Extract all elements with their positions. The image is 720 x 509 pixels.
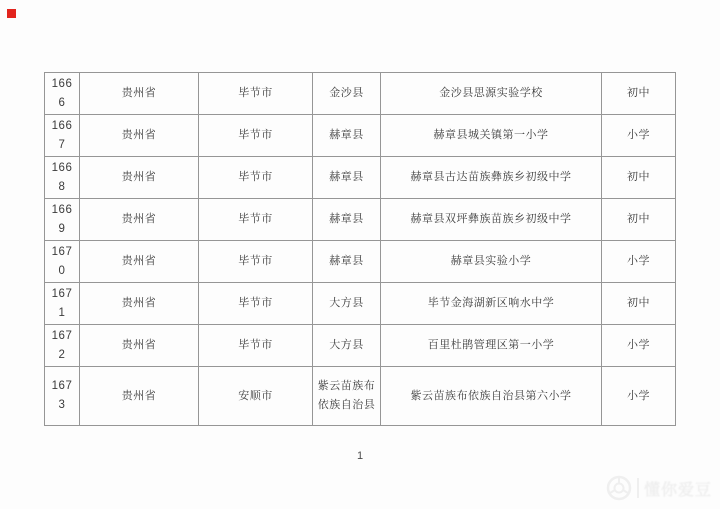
- cell-city: 安顺市: [199, 367, 313, 426]
- cell-county: 金沙县: [313, 73, 381, 115]
- page-number: 1: [0, 450, 720, 462]
- cell-province: 贵州省: [80, 199, 199, 241]
- school-list-table: 1666 贵州省 毕节市 金沙县 金沙县思源实验学校 初中 1667 贵州省 毕…: [44, 72, 676, 426]
- cell-level: 初中: [602, 283, 676, 325]
- cell-county: 赫章县: [313, 157, 381, 199]
- cell-school: 赫章县实验小学: [381, 241, 602, 283]
- cell-index: 1670: [45, 241, 80, 283]
- cell-school: 赫章县双坪彝族苗族乡初级中学: [381, 199, 602, 241]
- cell-city: 毕节市: [199, 199, 313, 241]
- cell-county: 赫章县: [313, 241, 381, 283]
- cell-school: 紫云苗族布依族自治县第六小学: [381, 367, 602, 426]
- table-row: 1668 贵州省 毕节市 赫章县 赫章县古达苗族彝族乡初级中学 初中: [45, 157, 676, 199]
- cell-city: 毕节市: [199, 283, 313, 325]
- watermark: 懂你爱豆: [606, 475, 712, 501]
- cell-school: 毕节金海湖新区响水中学: [381, 283, 602, 325]
- cell-level: 小学: [602, 367, 676, 426]
- cell-province: 贵州省: [80, 157, 199, 199]
- cell-index: 1671: [45, 283, 80, 325]
- cell-province: 贵州省: [80, 283, 199, 325]
- cell-school: 金沙县思源实验学校: [381, 73, 602, 115]
- cell-index: 1668: [45, 157, 80, 199]
- cell-province: 贵州省: [80, 115, 199, 157]
- cell-level: 小学: [602, 241, 676, 283]
- cell-school: 赫章县城关镇第一小学: [381, 115, 602, 157]
- cell-level: 小学: [602, 325, 676, 367]
- cell-city: 毕节市: [199, 157, 313, 199]
- cell-province: 贵州省: [80, 325, 199, 367]
- cell-index: 1672: [45, 325, 80, 367]
- table-row: 1667 贵州省 毕节市 赫章县 赫章县城关镇第一小学 小学: [45, 115, 676, 157]
- cell-county: 大方县: [313, 283, 381, 325]
- cell-index: 1669: [45, 199, 80, 241]
- cell-level: 小学: [602, 115, 676, 157]
- cell-index: 1673: [45, 367, 80, 426]
- cell-level: 初中: [602, 199, 676, 241]
- aperture-logo-icon: [606, 475, 632, 501]
- table-row: 1671 贵州省 毕节市 大方县 毕节金海湖新区响水中学 初中: [45, 283, 676, 325]
- cell-index: 1667: [45, 115, 80, 157]
- document-page: 1666 贵州省 毕节市 金沙县 金沙县思源实验学校 初中 1667 贵州省 毕…: [0, 0, 720, 509]
- cell-index: 1666: [45, 73, 80, 115]
- table-row: 1670 贵州省 毕节市 赫章县 赫章县实验小学 小学: [45, 241, 676, 283]
- cell-county: 赫章县: [313, 115, 381, 157]
- cell-city: 毕节市: [199, 73, 313, 115]
- watermark-text: 懂你爱豆: [644, 477, 712, 500]
- cell-province: 贵州省: [80, 367, 199, 426]
- cell-school: 百里杜鹃管理区第一小学: [381, 325, 602, 367]
- red-corner-marker-icon: [7, 9, 16, 18]
- table-row: 1672 贵州省 毕节市 大方县 百里杜鹃管理区第一小学 小学: [45, 325, 676, 367]
- cell-county: 紫云苗族布依族自治县: [313, 367, 381, 426]
- table-row: 1666 贵州省 毕节市 金沙县 金沙县思源实验学校 初中: [45, 73, 676, 115]
- cell-county: 赫章县: [313, 199, 381, 241]
- cell-city: 毕节市: [199, 115, 313, 157]
- cell-province: 贵州省: [80, 241, 199, 283]
- watermark-divider: [637, 478, 639, 498]
- cell-level: 初中: [602, 73, 676, 115]
- cell-school: 赫章县古达苗族彝族乡初级中学: [381, 157, 602, 199]
- cell-level: 初中: [602, 157, 676, 199]
- cell-province: 贵州省: [80, 73, 199, 115]
- table-row: 1669 贵州省 毕节市 赫章县 赫章县双坪彝族苗族乡初级中学 初中: [45, 199, 676, 241]
- cell-city: 毕节市: [199, 325, 313, 367]
- table-row: 1673 贵州省 安顺市 紫云苗族布依族自治县 紫云苗族布依族自治县第六小学 小…: [45, 367, 676, 426]
- cell-city: 毕节市: [199, 241, 313, 283]
- cell-county: 大方县: [313, 325, 381, 367]
